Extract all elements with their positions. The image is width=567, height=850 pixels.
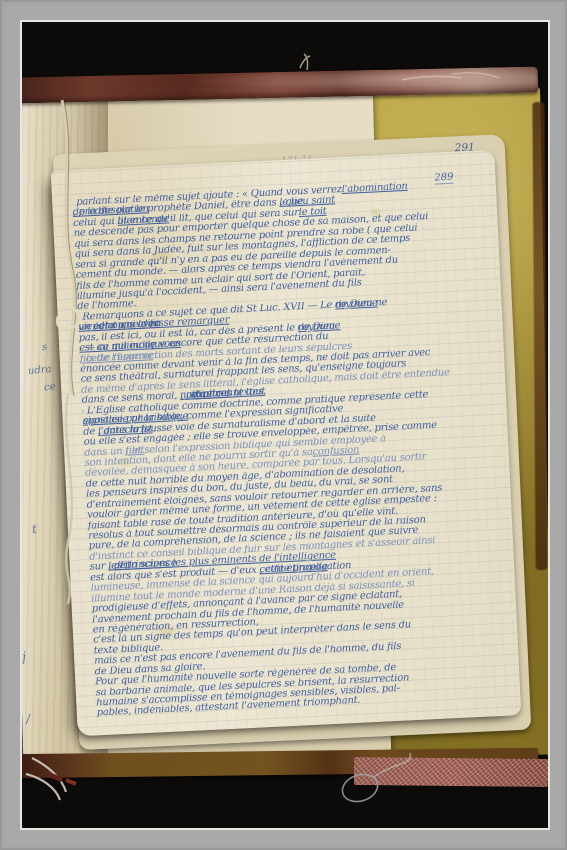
book-photograph: sudracetj/ 291 131.11 289 parlant sur le… xyxy=(20,20,550,830)
thread-loop xyxy=(339,770,381,806)
maroon-leather-dab xyxy=(48,774,62,780)
binding-threads xyxy=(22,22,548,828)
thread-knot xyxy=(57,307,80,328)
thread-loop-tail xyxy=(374,753,410,777)
photo-mount-frame: sudracetj/ 291 131.11 289 parlant sur le… xyxy=(0,0,567,850)
top-fiber xyxy=(300,54,310,70)
frayed-edge-fibers xyxy=(402,73,500,80)
maroon-leather-dab xyxy=(66,780,76,784)
thread-strand xyxy=(66,394,72,604)
